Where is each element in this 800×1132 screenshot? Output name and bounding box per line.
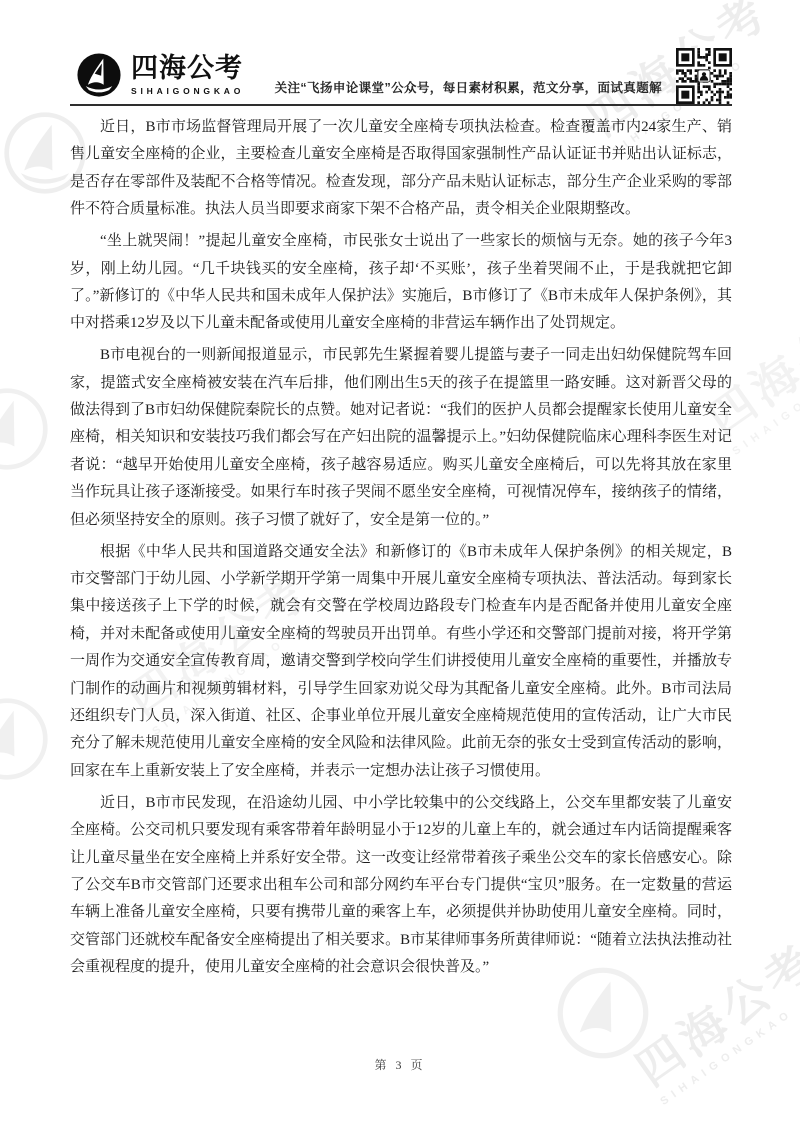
- paragraph: 根据《中华人民共和国道路交通安全法》和新修订的《B市未成年人保护条例》的相关规定…: [70, 539, 732, 786]
- watermark-sailboat-icon: [0, 696, 50, 782]
- document-page: 四海公考 SIHAIGONGKAO 四海公考 SIHAIGONGKAO 四海公考…: [0, 0, 800, 1132]
- brand-text: 四海公考 SIHAIGONGKAO: [131, 55, 244, 96]
- footer-page-number: 第 3 页: [0, 1056, 800, 1073]
- brand-subtitle: SIHAIGONGKAO: [131, 86, 244, 96]
- paragraph: “坐上就哭闹！”提起儿童安全座椅，市民张女士说出了一些家长的烦恼与无奈。她的孩子…: [70, 228, 732, 338]
- paragraph: 近日，B市市场监督管理局开展了一次儿童安全座椅专项执法检查。检查覆盖市内24家生…: [70, 114, 732, 224]
- article-body: 近日，B市市场监督管理局开展了一次儿童安全座椅专项执法检查。检查覆盖市内24家生…: [70, 114, 732, 986]
- page-header: 四海公考 SIHAIGONGKAO 关注“飞扬申论课堂”公众号，每日素材积累，范…: [70, 38, 732, 106]
- qr-code: [676, 48, 732, 104]
- sailboat-logo-icon: [76, 52, 122, 98]
- paragraph: B市电视台的一则新闻报道显示，市民郭先生紧握着婴儿提篮与妻子一同走出妇幼保健院驾…: [70, 342, 732, 534]
- brand-block: 四海公考 SIHAIGONGKAO: [76, 52, 244, 98]
- paragraph: 近日，B市市民发现，在沿途幼儿园、中小学比较集中的公交线路上，公交车里都安装了儿…: [70, 790, 732, 982]
- header-divider: [70, 104, 732, 106]
- brand-name: 四海公考: [131, 55, 244, 82]
- watermark-sailboat-icon: [0, 386, 50, 472]
- header-tagline: 关注“飞扬申论课堂”公众号，每日素材积累，范文分享，面试真题解: [275, 78, 662, 96]
